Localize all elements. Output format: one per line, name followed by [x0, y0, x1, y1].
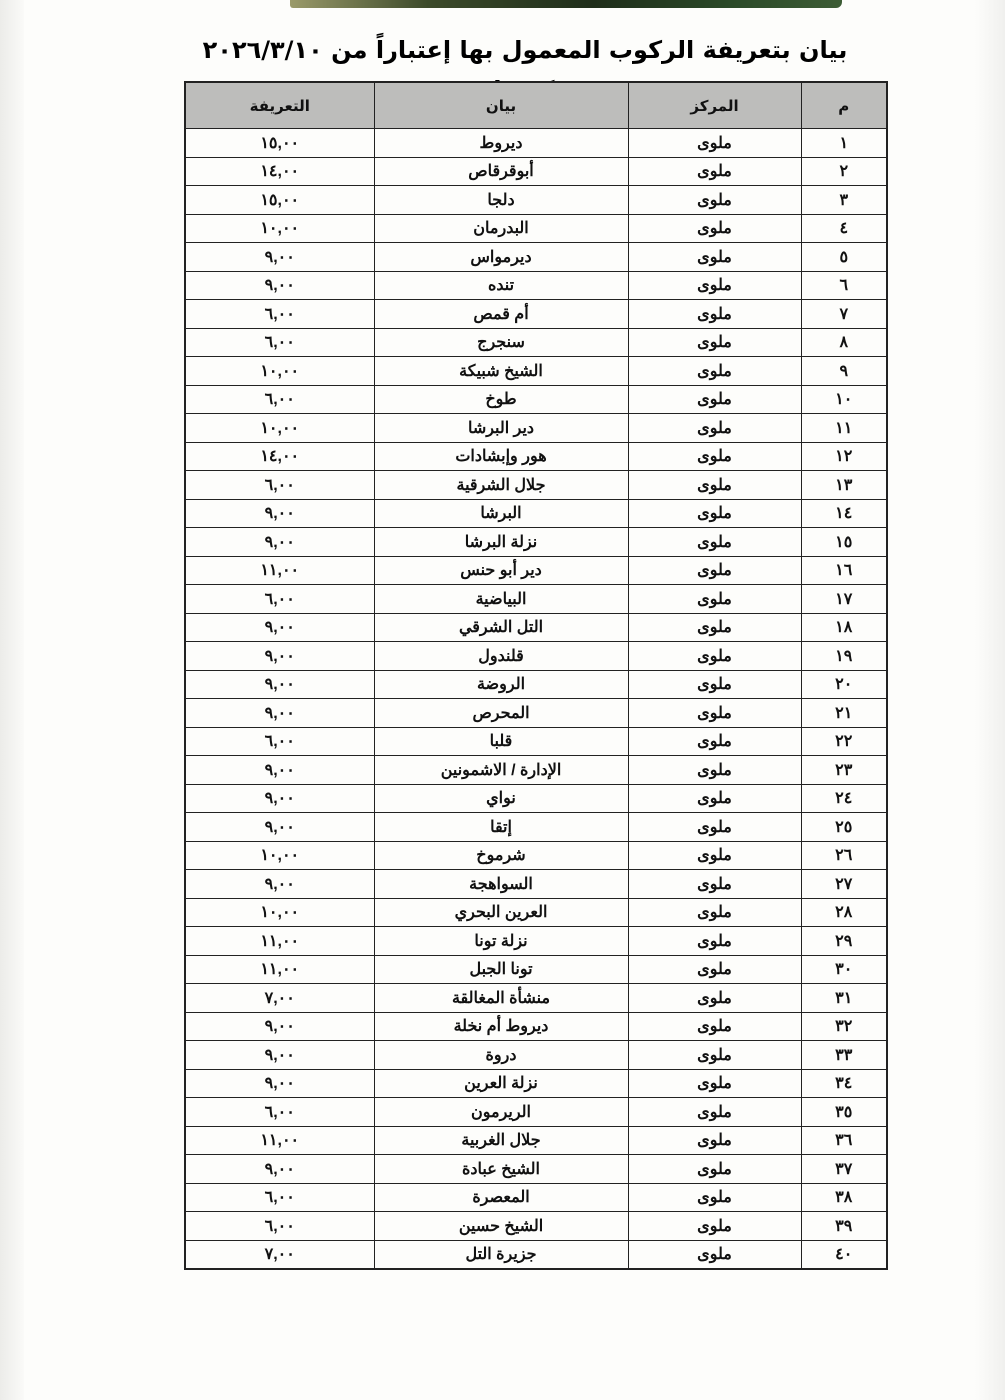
fare-cell: ١٠,٠٠: [185, 841, 374, 870]
row-number-cell: ٣١: [801, 984, 887, 1013]
fare-cell: ١٥,٠٠: [185, 186, 374, 215]
row-number-cell: ٢٨: [801, 898, 887, 927]
center-cell: ملوى: [628, 756, 801, 785]
row-number-cell: ٢٩: [801, 927, 887, 956]
table-row: ٣٣ملوىدروة٩,٠٠: [185, 1041, 887, 1070]
fare-cell: ١٠,٠٠: [185, 214, 374, 243]
row-number-cell: ٧: [801, 300, 887, 329]
row-number-cell: ٣: [801, 186, 887, 215]
center-cell: ملوى: [628, 784, 801, 813]
table-row: ٣٨ملوىالمعصرة٦,٠٠: [185, 1183, 887, 1212]
fare-cell: ٩,٠٠: [185, 813, 374, 842]
description-cell: نزلة العرين: [374, 1069, 628, 1098]
center-cell: ملوى: [628, 442, 801, 471]
description-cell: أم قمص: [374, 300, 628, 329]
center-cell: ملوى: [628, 699, 801, 728]
row-number-cell: ٤: [801, 214, 887, 243]
header-banner-image: [290, 0, 842, 8]
description-cell: الشيخ حسين: [374, 1212, 628, 1241]
fare-cell: ٩,٠٠: [185, 670, 374, 699]
center-cell: ملوى: [628, 727, 801, 756]
row-number-cell: ٣٩: [801, 1212, 887, 1241]
description-cell: المحرص: [374, 699, 628, 728]
row-number-cell: ١٠: [801, 385, 887, 414]
fare-cell: ١١,٠٠: [185, 1126, 374, 1155]
description-cell: الريرمون: [374, 1098, 628, 1127]
fare-cell: ١١,٠٠: [185, 556, 374, 585]
description-cell: السواهجة: [374, 870, 628, 899]
table-row: ١٩ملوىقلندول٩,٠٠: [185, 642, 887, 671]
table-row: ١٢ملوىهور وإبشادات١٤,٠٠: [185, 442, 887, 471]
table-row: ٩ملوىالشيخ شبيكة١٠,٠٠: [185, 357, 887, 386]
description-cell: البدرمان: [374, 214, 628, 243]
fare-cell: ٦,٠٠: [185, 1212, 374, 1241]
fare-cell: ١٤,٠٠: [185, 442, 374, 471]
table-row: ٢٨ملوىالعرين البحري١٠,٠٠: [185, 898, 887, 927]
row-number-cell: ١٥: [801, 528, 887, 557]
row-number-cell: ٣٢: [801, 1012, 887, 1041]
row-number-cell: ١٤: [801, 499, 887, 528]
center-cell: ملوى: [628, 414, 801, 443]
center-cell: ملوى: [628, 1155, 801, 1184]
description-cell: نواي: [374, 784, 628, 813]
row-number-cell: ٣٨: [801, 1183, 887, 1212]
table-row: ٢٩ملوىنزلة تونا١١,٠٠: [185, 927, 887, 956]
description-cell: ديرمواس: [374, 243, 628, 272]
table-row: ١٧ملوىالبياضية٦,٠٠: [185, 585, 887, 614]
description-cell: تنده: [374, 271, 628, 300]
fare-cell: ٦,٠٠: [185, 727, 374, 756]
row-number-cell: ٢٣: [801, 756, 887, 785]
fare-cell: ٦,٠٠: [185, 385, 374, 414]
page-edge-shadow-left: [0, 0, 24, 1400]
fare-cell: ٩,٠٠: [185, 243, 374, 272]
page-edge-shadow-right: [975, 0, 1005, 1400]
description-cell: نزلة البرشا: [374, 528, 628, 557]
row-number-cell: ٣٤: [801, 1069, 887, 1098]
center-cell: ملوى: [628, 1041, 801, 1070]
description-cell: طوخ: [374, 385, 628, 414]
table-row: ٢٥ملوىإتقا٩,٠٠: [185, 813, 887, 842]
fare-cell: ٩,٠٠: [185, 870, 374, 899]
description-cell: الروضة: [374, 670, 628, 699]
fare-cell: ٩,٠٠: [185, 528, 374, 557]
description-cell: دير البرشا: [374, 414, 628, 443]
center-cell: ملوى: [628, 157, 801, 186]
description-cell: دروة: [374, 1041, 628, 1070]
fare-cell: ١٠,٠٠: [185, 414, 374, 443]
table-row: ٢٢ملوىقلبا٦,٠٠: [185, 727, 887, 756]
table-row: ٢٧ملوىالسواهجة٩,٠٠: [185, 870, 887, 899]
row-number-cell: ٢١: [801, 699, 887, 728]
fare-cell: ٩,٠٠: [185, 784, 374, 813]
center-cell: ملوى: [628, 1183, 801, 1212]
fare-cell: ٩,٠٠: [185, 613, 374, 642]
row-number-cell: ٣٣: [801, 1041, 887, 1070]
description-cell: المعصرة: [374, 1183, 628, 1212]
table-row: ٢٠ملوىالروضة٩,٠٠: [185, 670, 887, 699]
fare-cell: ٩,٠٠: [185, 1012, 374, 1041]
description-cell: التل الشرقي: [374, 613, 628, 642]
center-cell: ملوى: [628, 585, 801, 614]
fare-cell: ٩,٠٠: [185, 499, 374, 528]
description-cell: البرشا: [374, 499, 628, 528]
table-row: ٣٤ملوىنزلة العرين٩,٠٠: [185, 1069, 887, 1098]
row-number-cell: ٥: [801, 243, 887, 272]
row-number-cell: ١١: [801, 414, 887, 443]
fare-cell: ٩,٠٠: [185, 642, 374, 671]
fare-cell: ١٥,٠٠: [185, 129, 374, 158]
center-cell: ملوى: [628, 870, 801, 899]
description-cell: قلندول: [374, 642, 628, 671]
description-cell: أبوقرقاص: [374, 157, 628, 186]
row-number-cell: ١٧: [801, 585, 887, 614]
table-row: ٤ملوىالبدرمان١٠,٠٠: [185, 214, 887, 243]
center-cell: ملوى: [628, 385, 801, 414]
table-row: ٢٤ملوىنواي٩,٠٠: [185, 784, 887, 813]
row-number-cell: ٨: [801, 328, 887, 357]
center-cell: ملوى: [628, 528, 801, 557]
description-cell: سنجرج: [374, 328, 628, 357]
center-cell: ملوى: [628, 1126, 801, 1155]
fare-cell: ٦,٠٠: [185, 328, 374, 357]
center-cell: ملوى: [628, 271, 801, 300]
fare-cell: ٧,٠٠: [185, 1240, 374, 1269]
table-row: ٤٠ملوىجزيرة التل٧,٠٠: [185, 1240, 887, 1269]
table-row: ٢٦ملوىشرموخ١٠,٠٠: [185, 841, 887, 870]
fare-cell: ١١,٠٠: [185, 927, 374, 956]
row-number-cell: ٢٦: [801, 841, 887, 870]
row-number-cell: ٣٧: [801, 1155, 887, 1184]
description-cell: إتقا: [374, 813, 628, 842]
table-row: ٥ملوىديرمواس٩,٠٠: [185, 243, 887, 272]
description-cell: البياضية: [374, 585, 628, 614]
center-cell: ملوى: [628, 1212, 801, 1241]
row-number-cell: ٢٤: [801, 784, 887, 813]
table-row: ٢ملوىأبوقرقاص١٤,٠٠: [185, 157, 887, 186]
table-row: ١١ملوىدير البرشا١٠,٠٠: [185, 414, 887, 443]
description-cell: الشيخ عبادة: [374, 1155, 628, 1184]
row-number-cell: ٩: [801, 357, 887, 386]
center-cell: ملوى: [628, 300, 801, 329]
row-number-cell: ٤٠: [801, 1240, 887, 1269]
fare-cell: ١٤,٠٠: [185, 157, 374, 186]
table-row: ٢٣ملوىالإدارة / الاشمونين٩,٠٠: [185, 756, 887, 785]
table-row: ٧ملوىأم قمص٦,٠٠: [185, 300, 887, 329]
description-cell: تونا الجبل: [374, 955, 628, 984]
fare-cell: ٩,٠٠: [185, 756, 374, 785]
table-row: ٨ملوىسنجرج٦,٠٠: [185, 328, 887, 357]
description-cell: الإدارة / الاشمونين: [374, 756, 628, 785]
table-row: ٣ملوىدلجا١٥,٠٠: [185, 186, 887, 215]
center-cell: ملوى: [628, 898, 801, 927]
fare-cell: ٩,٠٠: [185, 1069, 374, 1098]
center-cell: ملوى: [628, 243, 801, 272]
row-number-cell: ١٨: [801, 613, 887, 642]
row-number-cell: ١٩: [801, 642, 887, 671]
row-number-cell: ٢٧: [801, 870, 887, 899]
table-row: ١٠ملوىطوخ٦,٠٠: [185, 385, 887, 414]
center-cell: ملوى: [628, 471, 801, 500]
center-cell: ملوى: [628, 642, 801, 671]
table-row: ٣٧ملوىالشيخ عبادة٩,٠٠: [185, 1155, 887, 1184]
description-cell: الشيخ شبيكة: [374, 357, 628, 386]
row-number-cell: ١٦: [801, 556, 887, 585]
fare-cell: ٩,٠٠: [185, 271, 374, 300]
center-cell: ملوى: [628, 813, 801, 842]
center-cell: ملوى: [628, 1069, 801, 1098]
row-number-cell: ٢: [801, 157, 887, 186]
center-cell: ملوى: [628, 328, 801, 357]
center-cell: ملوى: [628, 186, 801, 215]
center-cell: ملوى: [628, 214, 801, 243]
table-row: ١٦ملوىدير أبو حنس١١,٠٠: [185, 556, 887, 585]
fare-cell: ٩,٠٠: [185, 699, 374, 728]
table-row: ٣٥ملوىالريرمون٦,٠٠: [185, 1098, 887, 1127]
description-cell: جزيرة التل: [374, 1240, 628, 1269]
description-cell: جلال الشرقية: [374, 471, 628, 500]
column-header-description: بيان: [374, 82, 628, 129]
table-row: ١٥ملوىنزلة البرشا٩,٠٠: [185, 528, 887, 557]
row-number-cell: ٢٠: [801, 670, 887, 699]
row-number-cell: ٣٦: [801, 1126, 887, 1155]
row-number-cell: ٢٥: [801, 813, 887, 842]
center-cell: ملوى: [628, 841, 801, 870]
center-cell: ملوى: [628, 1240, 801, 1269]
table-row: ٣٢ملوىديروط أم نخلة٩,٠٠: [185, 1012, 887, 1041]
description-cell: دير أبو حنس: [374, 556, 628, 585]
fare-cell: ٩,٠٠: [185, 1155, 374, 1184]
center-cell: ملوى: [628, 357, 801, 386]
center-cell: ملوى: [628, 1012, 801, 1041]
row-number-cell: ٢٢: [801, 727, 887, 756]
center-cell: ملوى: [628, 927, 801, 956]
description-cell: قلبا: [374, 727, 628, 756]
table-row: ٦ملوىتنده٩,٠٠: [185, 271, 887, 300]
description-cell: جلال الغربية: [374, 1126, 628, 1155]
description-cell: ديروط أم نخلة: [374, 1012, 628, 1041]
table-row: ٢١ملوىالمحرص٩,٠٠: [185, 699, 887, 728]
fare-cell: ٩,٠٠: [185, 1041, 374, 1070]
fare-cell: ٦,٠٠: [185, 585, 374, 614]
fare-cell: ١٠,٠٠: [185, 357, 374, 386]
row-number-cell: ١: [801, 129, 887, 158]
column-header-center: المركز: [628, 82, 801, 129]
row-number-cell: ١٢: [801, 442, 887, 471]
fare-cell: ١١,٠٠: [185, 955, 374, 984]
table-row: ٣٩ملوىالشيخ حسين٦,٠٠: [185, 1212, 887, 1241]
fare-table: م المركز بيان التعريفة ١ملوىديروط١٥,٠٠٢م…: [184, 81, 888, 1270]
fare-cell: ٧,٠٠: [185, 984, 374, 1013]
fare-cell: ٦,٠٠: [185, 1098, 374, 1127]
description-cell: هور وإبشادات: [374, 442, 628, 471]
column-header-fare: التعريفة: [185, 82, 374, 129]
center-cell: ملوى: [628, 955, 801, 984]
description-cell: منشأة المغالقة: [374, 984, 628, 1013]
row-number-cell: ٣٥: [801, 1098, 887, 1127]
table-row: ١٤ملوىالبرشا٩,٠٠: [185, 499, 887, 528]
table-row: ١٨ملوىالتل الشرقي٩,٠٠: [185, 613, 887, 642]
fare-cell: ١٠,٠٠: [185, 898, 374, 927]
table-row: ١٣ملوىجلال الشرقية٦,٠٠: [185, 471, 887, 500]
description-cell: ديروط: [374, 129, 628, 158]
row-number-cell: ١٣: [801, 471, 887, 500]
table-row: ٣٦ملوىجلال الغربية١١,٠٠: [185, 1126, 887, 1155]
center-cell: ملوى: [628, 499, 801, 528]
description-cell: العرين البحري: [374, 898, 628, 927]
column-header-number: م: [801, 82, 887, 129]
table-row: ٣١ملوىمنشأة المغالقة٧,٠٠: [185, 984, 887, 1013]
center-cell: ملوى: [628, 613, 801, 642]
table-row: ١ملوىديروط١٥,٠٠: [185, 129, 887, 158]
description-cell: نزلة تونا: [374, 927, 628, 956]
center-cell: ملوى: [628, 984, 801, 1013]
description-cell: دلجا: [374, 186, 628, 215]
fare-cell: ٦,٠٠: [185, 300, 374, 329]
table-header-row: م المركز بيان التعريفة: [185, 82, 887, 129]
center-cell: ملوى: [628, 670, 801, 699]
fare-cell: ٦,٠٠: [185, 1183, 374, 1212]
table-row: ٣٠ملوىتونا الجبل١١,٠٠: [185, 955, 887, 984]
center-cell: ملوى: [628, 1098, 801, 1127]
description-cell: شرموخ: [374, 841, 628, 870]
fare-cell: ٦,٠٠: [185, 471, 374, 500]
row-number-cell: ٦: [801, 271, 887, 300]
center-cell: ملوى: [628, 556, 801, 585]
row-number-cell: ٣٠: [801, 955, 887, 984]
center-cell: ملوى: [628, 129, 801, 158]
